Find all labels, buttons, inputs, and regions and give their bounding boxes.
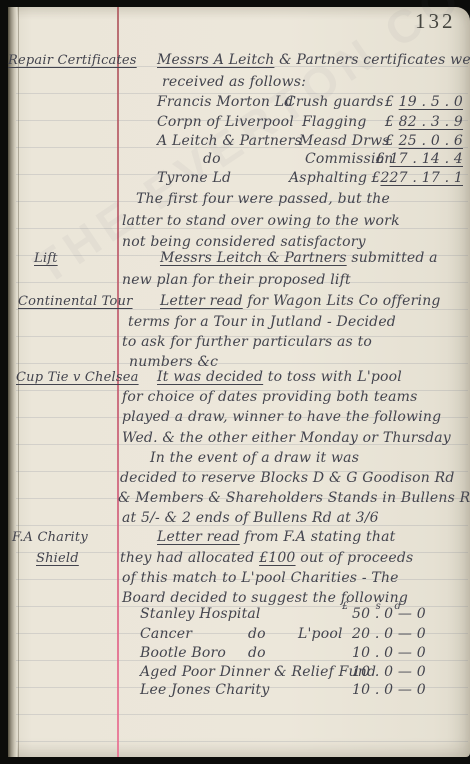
- margin-heading-fa-charity: F.A Charity: [12, 529, 88, 546]
- page-number: 132: [415, 9, 456, 34]
- donation-amount: 50 . 0 — 0: [352, 606, 426, 623]
- cuptie-line4: Wed. & the other either Monday or Thursd…: [122, 430, 451, 447]
- shield-line2-pre: they had allocated: [120, 550, 259, 566]
- charity-name: Cancer: [140, 626, 192, 643]
- amount: £ 19 . 5 . 0: [385, 94, 463, 111]
- payee: Corpn of Liverpool: [157, 114, 294, 131]
- shield-allocation-amount: £100: [259, 550, 295, 566]
- repair-intro-line2: received as follows:: [162, 74, 306, 91]
- repair-intro-line1: Messrs A Leitch & Partners certificates …: [157, 52, 470, 69]
- tour-line3: to ask for further particulars as to: [122, 334, 372, 351]
- margin-heading-shield: Shield: [36, 550, 95, 567]
- margin-heading-repair-certificates: Repair Certificates: [8, 52, 137, 69]
- donation-row: Cancer do L'pool 20 . 0 — 0: [140, 626, 440, 643]
- tour-underlined: Letter read: [160, 293, 243, 309]
- amount-value: 17 . 14 . 4: [390, 151, 463, 167]
- shield-line1: Letter read from F.A stating that: [157, 529, 395, 546]
- tour-line1: Letter read for Wagon Lits Co offering: [160, 293, 441, 310]
- work-description: Flagging: [302, 114, 367, 131]
- repair-item-row: Francis Morton Ld Crush guards £ 19 . 5 …: [157, 94, 463, 111]
- donation-row: Bootle Boro do 10 . 0 — 0: [140, 645, 440, 662]
- margin-heading-continental-tour: Continental Tour: [18, 293, 133, 310]
- currency-symbol: £: [385, 94, 394, 110]
- shield-rest: from F.A stating that: [240, 529, 396, 545]
- currency-symbol: £: [385, 114, 394, 130]
- payee: Francis Morton Ld: [157, 94, 293, 111]
- donation-amount: 20 . 0 — 0: [352, 626, 426, 643]
- tour-rest: for Wagon Lits Co offering: [243, 293, 441, 309]
- shield-line2: they had allocated £100 out of proceeds: [120, 550, 413, 567]
- cuptie-line1: It was decided to toss with L'pool: [157, 369, 402, 386]
- work-description: Crush guards: [285, 94, 384, 111]
- donation-amount: 10 . 0 — 0: [352, 664, 426, 681]
- amount: £ 17 . 14 . 4: [376, 151, 463, 168]
- amount-value: 19 . 5 . 0: [399, 94, 463, 110]
- cuptie-line2: for choice of dates providing both teams: [122, 389, 418, 406]
- payee-ditto: do: [203, 151, 221, 168]
- currency-symbol: £: [376, 151, 385, 167]
- cuptie-line3: played a draw, winner to have the follow…: [122, 409, 441, 426]
- donation-amount: 10 . 0 — 0: [352, 682, 426, 699]
- lift-underlined: Messrs Leitch & Partners: [160, 250, 347, 266]
- charity-name: Stanley Hospital: [140, 606, 261, 623]
- lift-line1: Messrs Leitch & Partners submitted a: [160, 250, 438, 267]
- cuptie-line8: at 5/- & 2 ends of Bullens Rd at 3/6: [122, 510, 379, 527]
- currency-symbol: £: [385, 133, 394, 149]
- repair-intro-underlined: Messrs A Leitch: [157, 52, 274, 68]
- cuptie-line6: decided to reserve Blocks D & G Goodison…: [120, 470, 455, 487]
- repair-note-line2: latter to stand over owing to the work: [122, 213, 400, 230]
- work-description: Asphalting: [289, 170, 367, 187]
- shield-line3: of this match to L'pool Charities - The: [122, 570, 399, 587]
- repair-item-row: A Leitch & Partners Measd Drws £ 25 . 0 …: [157, 133, 463, 150]
- charity-name: Bootle Boro: [140, 645, 226, 662]
- amount-value: 227 . 17 . 1: [380, 170, 463, 186]
- cuptie-line7: & Members & Shareholders Stands in Bulle…: [118, 490, 470, 507]
- donation-row: Lee Jones Charity 10 . 0 — 0: [140, 682, 440, 699]
- payee: A Leitch & Partners: [157, 133, 302, 150]
- cuptie-rest: to toss with L'pool: [263, 369, 402, 385]
- cuptie-underlined: It was decided: [157, 369, 263, 385]
- repair-item-row: Tyrone Ld Asphalting £227 . 17 . 1: [157, 170, 463, 187]
- lift-line2: new plan for their proposed lift: [122, 272, 351, 289]
- charity-name: Aged Poor Dinner & Relief Fund: [140, 664, 376, 681]
- amount: £ 25 . 0 . 6: [385, 133, 463, 150]
- work-description: Measd Drws: [299, 133, 390, 150]
- payee: Tyrone Ld: [157, 170, 231, 187]
- ditto-mark: do: [248, 645, 266, 662]
- amount: £227 . 17 . 1: [371, 170, 463, 187]
- lift-rest: submitted a: [347, 250, 438, 266]
- minute-book-scan: { "page": { "number": "132", "watermark"…: [0, 0, 470, 764]
- margin-heading-lift: Lift: [34, 250, 96, 267]
- amount-value: 25 . 0 . 6: [399, 133, 463, 149]
- cuptie-line5: In the event of a draw it was: [150, 450, 359, 467]
- ditto-mark: do: [248, 626, 266, 643]
- charity-place: L'pool: [298, 626, 343, 643]
- donation-row: Aged Poor Dinner & Relief Fund 10 . 0 — …: [140, 664, 440, 681]
- donation-row: Stanley Hospital 50 . 0 — 0: [140, 606, 440, 623]
- repair-note-line3: not being considered satisfactory: [122, 234, 366, 251]
- donation-amount: 10 . 0 — 0: [352, 645, 426, 662]
- shield-underlined: Letter read: [157, 529, 240, 545]
- amount: £ 82 . 3 . 9: [385, 114, 463, 131]
- tour-line2: terms for a Tour in Jutland - Decided: [128, 314, 396, 331]
- margin-heading-cup-tie-chelsea: Cup Tie v Chelsea: [16, 369, 139, 386]
- repair-item-row: Corpn of Liverpool Flagging £ 82 . 3 . 9: [157, 114, 463, 131]
- repair-intro-rest: & Partners certificates were: [274, 52, 470, 68]
- charity-name: Lee Jones Charity: [140, 682, 269, 699]
- amount-value: 82 . 3 . 9: [399, 114, 463, 130]
- shield-line2-post: out of proceeds: [296, 550, 414, 566]
- repair-note-line1: The first four were passed, but the: [136, 191, 390, 208]
- repair-item-row: do Commission £ 17 . 14 . 4: [157, 151, 463, 168]
